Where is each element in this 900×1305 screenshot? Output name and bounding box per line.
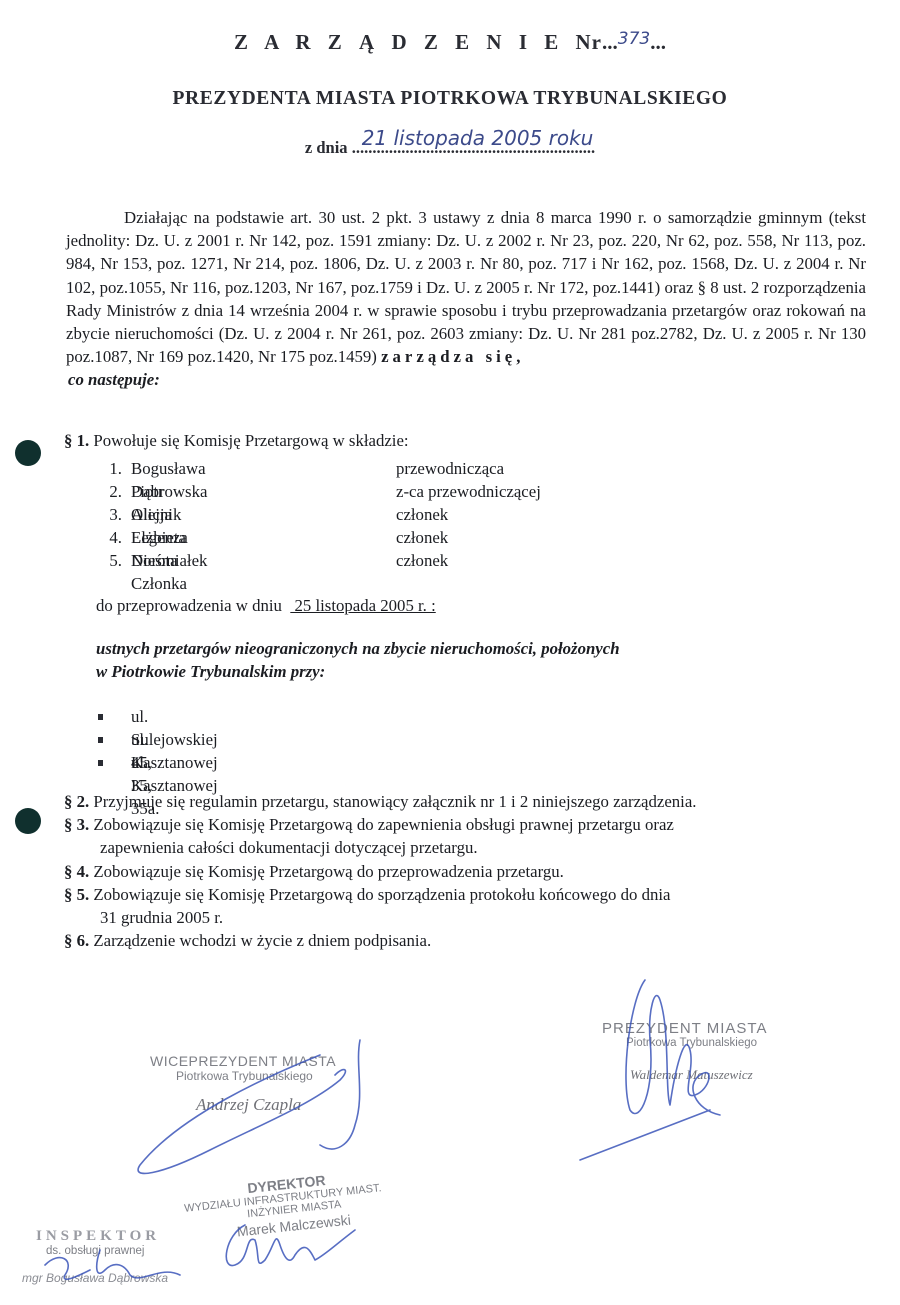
preamble-text: Działając na podstawie art. 30 ust. 2 pk… xyxy=(66,208,866,366)
section-number: § 3. xyxy=(64,815,89,834)
section-1: § 1. Powołuje się Komisję Przetargową w … xyxy=(64,429,409,452)
member-role: przewodnicząca xyxy=(396,457,504,480)
date-label: z dnia xyxy=(305,138,348,157)
section-5: § 5. Zobowiązuje się Komisję Przetargową… xyxy=(64,883,844,929)
document-subtitle: PREZYDENTA MIASTA PIOTRKOWA TRYBUNALSKIE… xyxy=(0,88,900,110)
title-dots-after: ... xyxy=(650,30,666,54)
member-index: 1. xyxy=(100,457,122,480)
section-text-continued: zapewnienia całości dokumentacji dotyczą… xyxy=(64,836,844,859)
conduct-label: do przeprowadzenia w dniu xyxy=(96,596,282,615)
punch-hole-bottom xyxy=(15,808,41,834)
section-number: § 5. xyxy=(64,885,89,904)
member-index: 4. xyxy=(100,526,122,549)
conduct-date-line: do przeprowadzenia w dniu 25 listopada 2… xyxy=(96,594,436,617)
section-text-continued: 31 grudnia 2005 r. xyxy=(64,906,844,929)
member-name: Dorota Członka xyxy=(131,549,187,595)
member-role: z-ca przewodniczącej xyxy=(396,480,541,503)
member-index: 2. xyxy=(100,480,122,503)
member-role: członek xyxy=(396,526,448,549)
section-text: Powołuje się Komisję Przetargową w skład… xyxy=(93,431,408,450)
preamble-decree: zarządza się, xyxy=(381,347,524,366)
conduct-date: 25 listopada 2005 r. : xyxy=(290,596,435,615)
section-text: Przyjmuje się regulamin przetargu, stano… xyxy=(93,792,696,811)
stamp-title: INSPEKTOR xyxy=(36,1228,168,1245)
document-title: Z A R Z Ą D Z E N I E Nr...373... xyxy=(0,30,900,55)
title-word: Z A R Z Ą D Z E N I E xyxy=(234,30,564,54)
section-text: Zobowiązuje się Komisję Przetargową do p… xyxy=(93,862,563,881)
preamble-closing: co następuje: xyxy=(68,368,160,391)
section-2: § 2. Przyjmuje się regulamin przetargu, … xyxy=(64,790,844,813)
inspector-signature xyxy=(40,1245,200,1295)
punch-hole-top xyxy=(15,440,41,466)
section-text: Zobowiązuje się Komisję Przetargową do s… xyxy=(93,885,670,904)
director-signature xyxy=(215,1215,375,1285)
title-dots: ... xyxy=(602,30,618,54)
section-number: § 4. xyxy=(64,862,89,881)
date-handwritten: 21 listopada 2005 roku xyxy=(362,126,594,150)
member-index: 5. xyxy=(100,549,122,572)
sections: § 2. Przyjmuje się regulamin przetargu, … xyxy=(64,790,844,952)
purpose-line-2: w Piotrkowie Trybunalskim przy: xyxy=(96,660,620,683)
section-6: § 6. Zarządzenie wchodzi w życie z dniem… xyxy=(64,929,844,952)
square-bullet-icon xyxy=(98,737,103,743)
square-bullet-icon xyxy=(98,714,103,720)
section-number: § 6. xyxy=(64,931,89,950)
section-text: Zobowiązuje się Komisję Przetargową do z… xyxy=(93,815,673,834)
president-signature xyxy=(560,970,810,1130)
date-field: ........................................… xyxy=(352,138,595,158)
title-nr-label: Nr xyxy=(576,30,603,54)
section-4: § 4. Zobowiązuje się Komisję Przetargową… xyxy=(64,860,844,883)
preamble: Działając na podstawie art. 30 ust. 2 pk… xyxy=(66,206,866,392)
section-number: § 2. xyxy=(64,792,89,811)
purpose: ustnych przetargów nieograniczonych na z… xyxy=(96,637,620,683)
member-index: 3. xyxy=(100,503,122,526)
purpose-line-1: ustnych przetargów nieograniczonych na z… xyxy=(96,637,620,660)
section-text: Zarządzenie wchodzi w życie z dniem podp… xyxy=(93,931,431,950)
vice-president-signature xyxy=(120,1035,380,1175)
member-role: członek xyxy=(396,503,448,526)
member-role: członek xyxy=(396,549,448,572)
document-date: z dnia .................................… xyxy=(0,138,900,158)
section-number: § 1. xyxy=(64,431,89,450)
document-number: 373 xyxy=(618,29,650,49)
section-3: § 3. Zobowiązuje się Komisję Przetargową… xyxy=(64,813,844,859)
square-bullet-icon xyxy=(98,760,103,766)
